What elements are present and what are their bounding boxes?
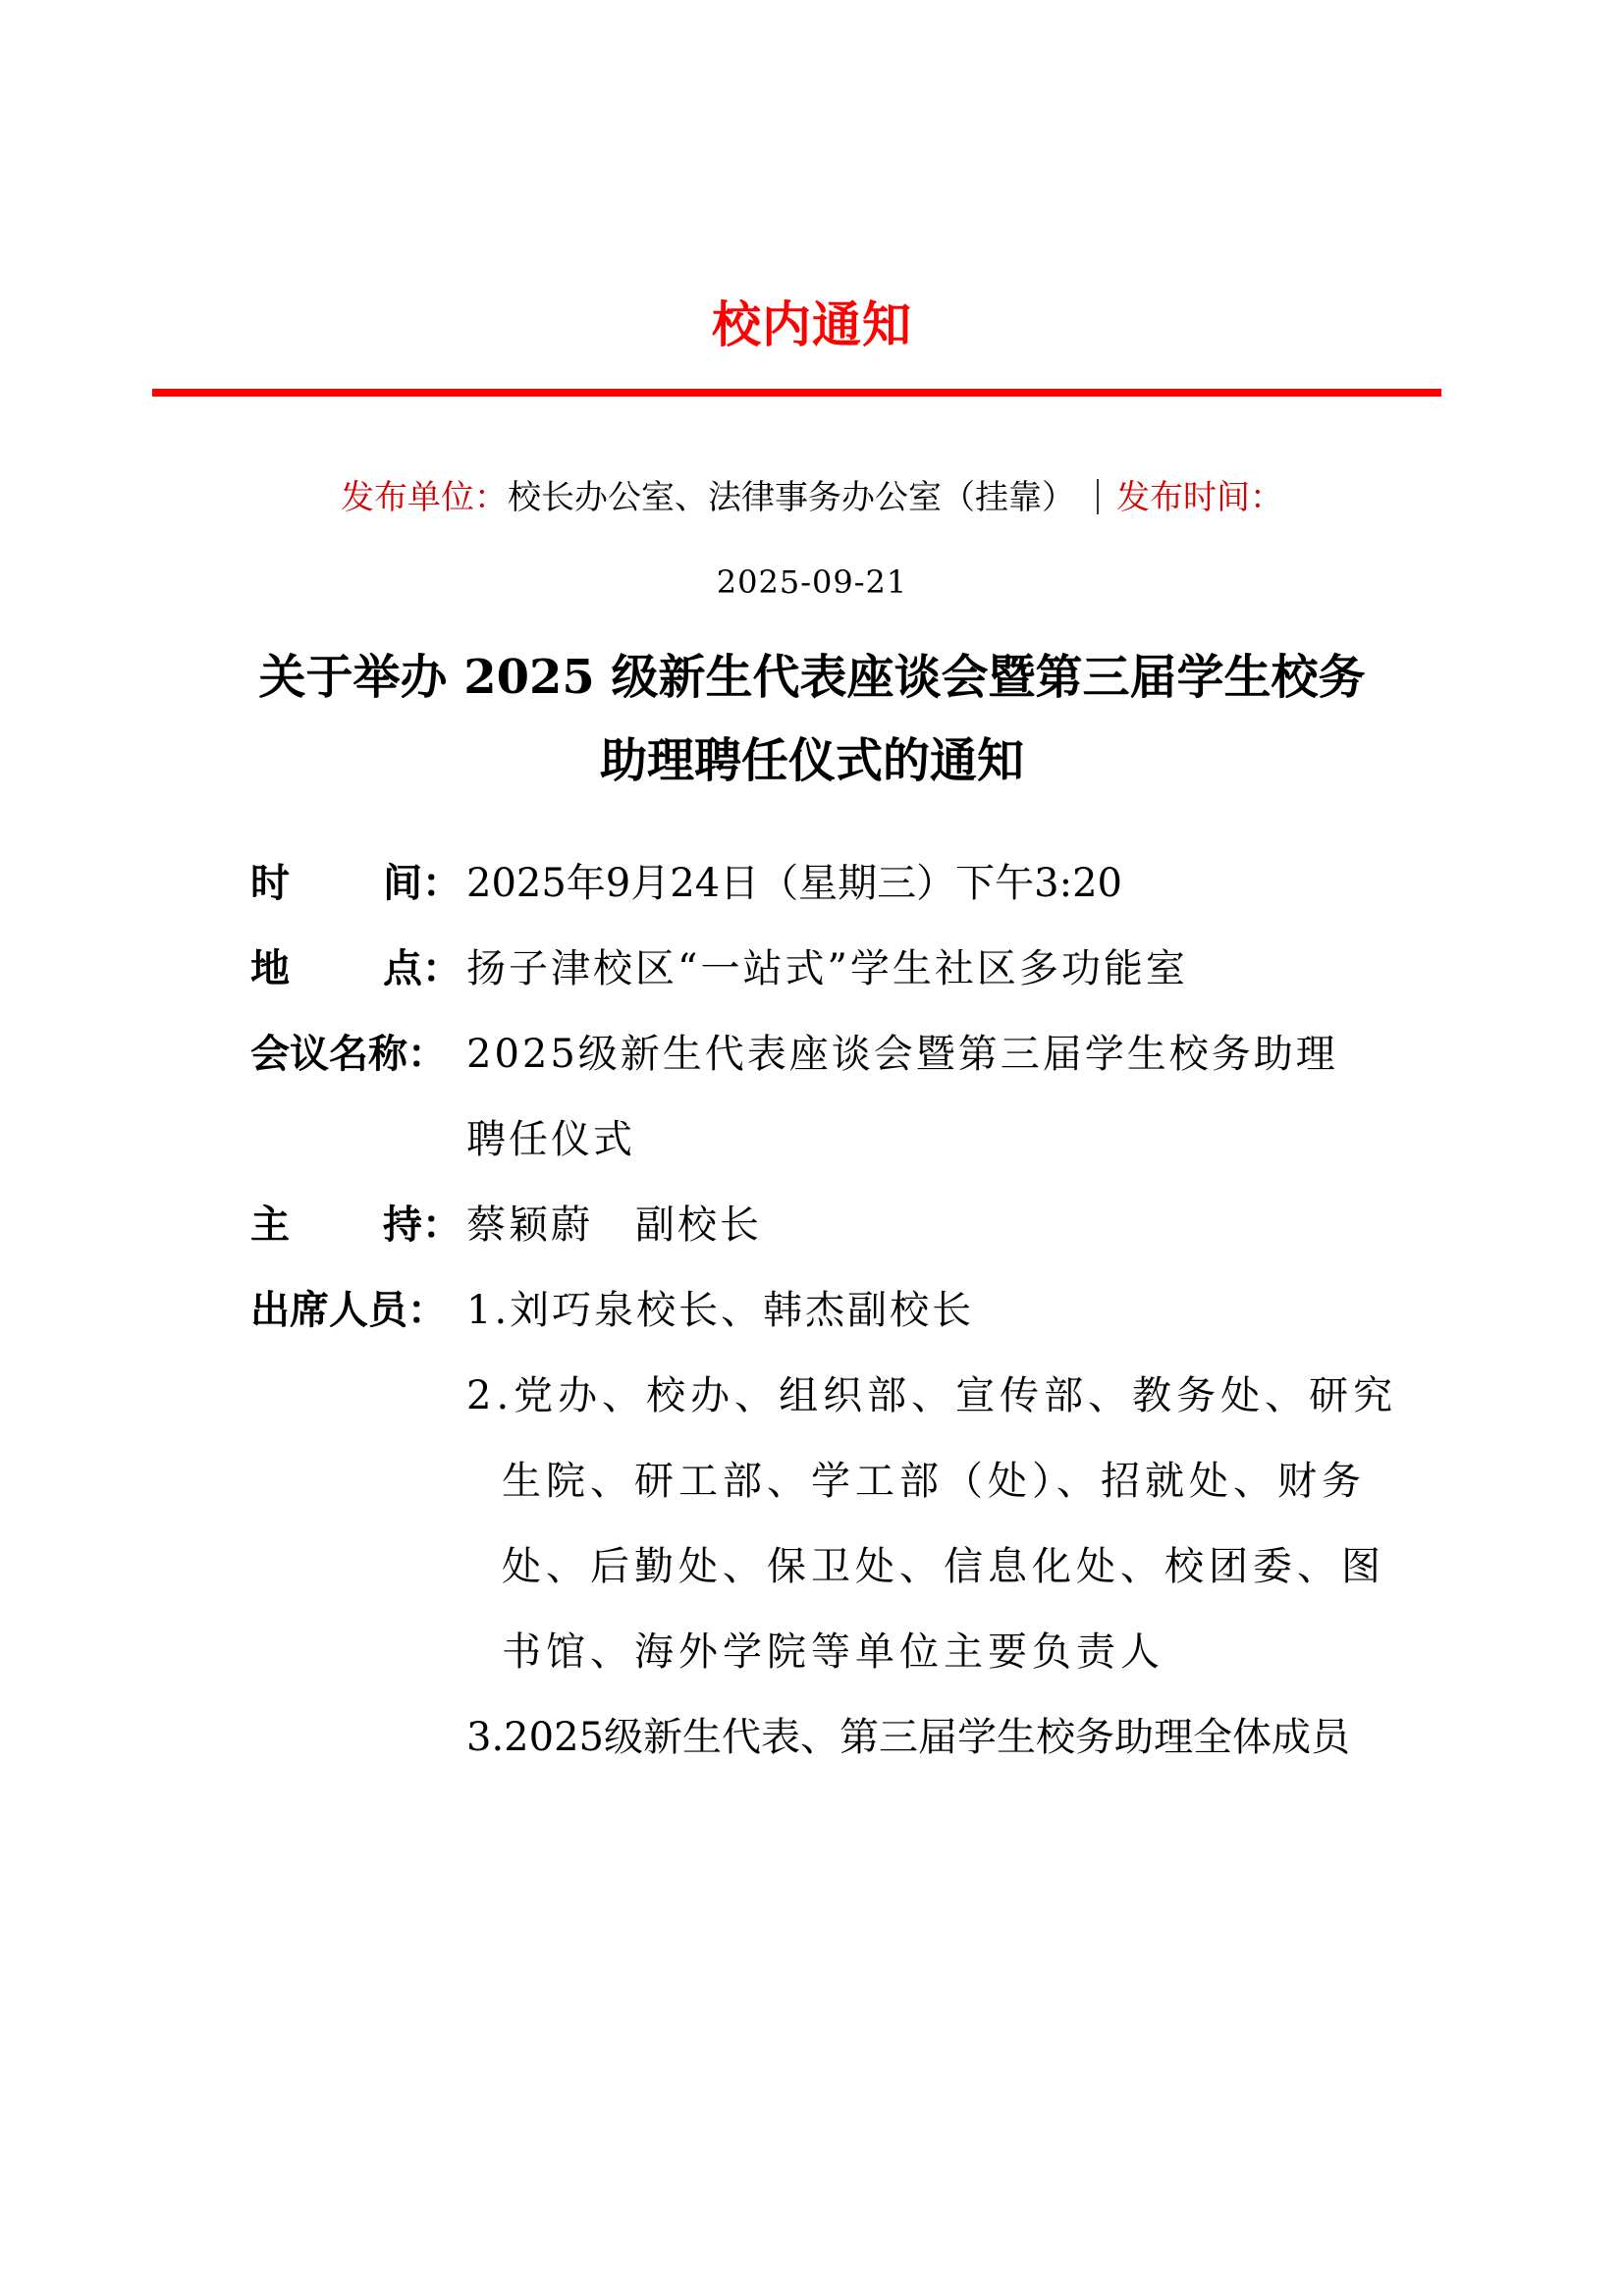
field-meeting-label: 会议名称： (250, 1012, 466, 1097)
attendee-item-2-line-4: 书馆、海外学院等单位主要负责人 (502, 1610, 1164, 1695)
label-char: 点： (383, 927, 461, 1012)
red-divider (152, 389, 1441, 397)
label-char: 间： (383, 841, 461, 927)
attendee-item-1: 1.刘巧泉校长、韩杰副校长 (466, 1268, 974, 1354)
field-place: 地 点： 扬子津校区“一站式”学生社区多功能室 (250, 927, 1478, 1012)
field-attendees-label: 出席人员： (250, 1268, 466, 1354)
banner-title: 校内通知 (0, 291, 1624, 359)
document-heading: 关于举办 2025 级新生代表座谈会暨第三届学生校务 助理聘任仪式的通知 (0, 636, 1624, 803)
field-host: 主 持： 蔡颖蔚 副校长 (250, 1183, 1478, 1268)
field-meeting-name: 会议名称： 2025级新生代表座谈会暨第三届学生校务助理 聘任仪式 (250, 1012, 1478, 1183)
attendee-item-2-line-2: 生院、研工部、学工部（处）、招就处、财务 (502, 1439, 1366, 1524)
field-attendees: 出席人员： 1.刘巧泉校长、韩杰副校长 2.党办、校办、组织部、宣传部、教务处、… (250, 1268, 1478, 1781)
publish-info: 发布单位：校长办公室、法律事务办公室（挂靠）发布时间： (0, 474, 1624, 521)
label-char: 持： (383, 1183, 461, 1268)
label-char: 时 (250, 841, 290, 927)
publish-time-label: 发布时间： (1116, 478, 1283, 517)
heading-line-1: 关于举办 2025 级新生代表座谈会暨第三届学生校务 (0, 636, 1624, 720)
field-meeting-value: 2025级新生代表座谈会暨第三届学生校务助理 聘任仪式 (466, 1012, 1458, 1183)
meta-separator (1097, 479, 1099, 514)
label-char: 地 (250, 927, 290, 1012)
publish-date: 2025-09-21 (0, 560, 1624, 605)
attendee-item-3: 3.2025级新生代表、第三届学生校务助理全体成员 (466, 1695, 1350, 1781)
field-time-value: 2025年9月24日（星期三）下午3:20 (466, 841, 1458, 927)
field-attendees-value: 1.刘巧泉校长、韩杰副校长 2.党办、校办、组织部、宣传部、教务处、研究 生院、… (466, 1268, 1458, 1781)
meeting-value-line-1: 2025级新生代表座谈会暨第三届学生校务助理 (466, 1012, 1458, 1097)
attendee-item-2-line-1: 2.党办、校办、组织部、宣传部、教务处、研究 (466, 1354, 1397, 1439)
publisher-label: 发布单位： (341, 478, 508, 517)
heading-line-2: 助理聘任仪式的通知 (0, 720, 1624, 803)
field-time: 时 间： 2025年9月24日（星期三）下午3:20 (250, 841, 1478, 927)
label-char: 主 (250, 1183, 290, 1268)
field-host-value: 蔡颖蔚 副校长 (466, 1183, 1458, 1268)
meeting-value-line-2: 聘任仪式 (466, 1097, 1458, 1183)
field-place-value: 扬子津校区“一站式”学生社区多功能室 (466, 927, 1458, 1012)
publisher-value: 校长办公室、法律事务办公室（挂靠） (508, 478, 1075, 517)
attendee-item-2-line-3: 处、后勤处、保卫处、信息化处、校团委、图 (502, 1524, 1385, 1610)
